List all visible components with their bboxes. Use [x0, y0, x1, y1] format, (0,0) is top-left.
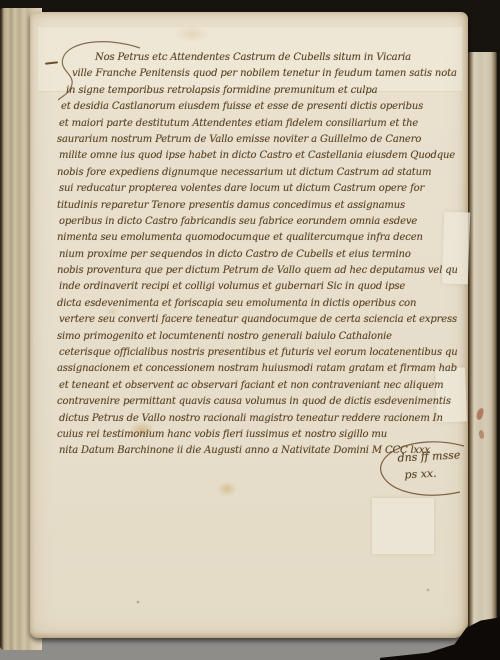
manuscript-line: assignacionem et concessionem nostram hu… — [57, 361, 457, 377]
manuscript-line: operibus in dicto Castro fabricandis seu… — [57, 214, 457, 230]
manuscript-line: nium proxime per sequendos in dicto Cast… — [57, 247, 457, 263]
manuscript-page: Nos Petrus etc Attendentes Castrum de Cu… — [30, 12, 468, 638]
manuscript-line: nimenta seu emolumenta quomodocumque et … — [57, 230, 457, 246]
manuscript-line: milite omne ius quod ipse habet in dicto… — [57, 148, 457, 164]
manuscript-line: vertere seu converti facere teneatur qua… — [57, 312, 457, 328]
manuscript-line: et maiori parte destitutum Attendentes e… — [57, 116, 457, 132]
manuscript-line: simo primogenito et locumtenenti nostro … — [57, 329, 457, 345]
chancery-note-line: dns ff msse — [397, 446, 461, 466]
manuscript-line: inde ordinaverit recipi et colligi volum… — [57, 279, 457, 295]
manuscript-line: in signe temporibus retrolapsis formidin… — [57, 83, 457, 99]
manuscript-text: Nos Petrus etc Attendentes Castrum de Cu… — [57, 50, 457, 460]
manuscript-line: contravenire permittant quavis causa vol… — [57, 394, 457, 410]
manuscript-line: sui reducatur propterea volentes dare lo… — [57, 181, 457, 197]
repair-patch — [372, 498, 434, 554]
manuscript-line: titudinis reparetur Tenore presentis dam… — [57, 198, 457, 214]
manuscript-line: dicta esdevenimenta et foriscapia seu em… — [57, 296, 457, 312]
photo-background: Nos Petrus etc Attendentes Castrum de Cu… — [0, 0, 500, 660]
manuscript-line: et desidia Castlanorum eiusdem fuisse et… — [57, 99, 457, 115]
manuscript-line: saurarium nostrum Petrum de Vallo emisse… — [57, 132, 457, 148]
manuscript-line: Nos Petrus etc Attendentes Castrum de Cu… — [57, 50, 457, 66]
manuscript-line: ville Franche Penitensis quod per nobile… — [57, 66, 457, 82]
manuscript-line: nobis proventura que per dictum Petrum d… — [57, 263, 457, 279]
manuscript-line: et teneant et observent ac observari fac… — [57, 378, 457, 394]
chancery-note-line: ps xx. — [398, 463, 462, 483]
manuscript-line: ceterisque officialibus nostris presenti… — [57, 345, 457, 361]
chancery-note: dns ff msse ps xx. — [397, 446, 461, 483]
manuscript-line: nobis fore expediens dignumque necessari… — [57, 165, 457, 181]
manuscript-line: dictus Petrus de Vallo nostro racionali … — [57, 411, 457, 427]
page-edge-strip — [468, 52, 497, 652]
